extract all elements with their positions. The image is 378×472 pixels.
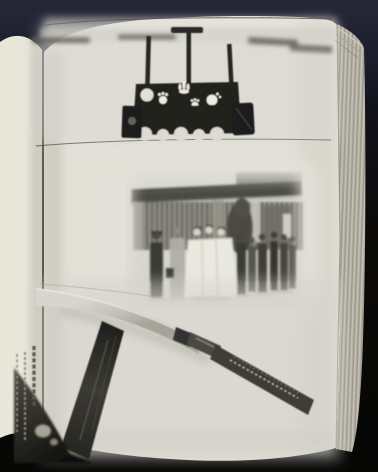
photo-sword <box>14 280 340 463</box>
book-artwork <box>0 0 378 472</box>
left-page <box>0 36 44 438</box>
book-photograph-scene <box>0 0 378 472</box>
crest-circle-icon <box>141 89 154 102</box>
photo-lacquered-stand <box>32 24 335 142</box>
